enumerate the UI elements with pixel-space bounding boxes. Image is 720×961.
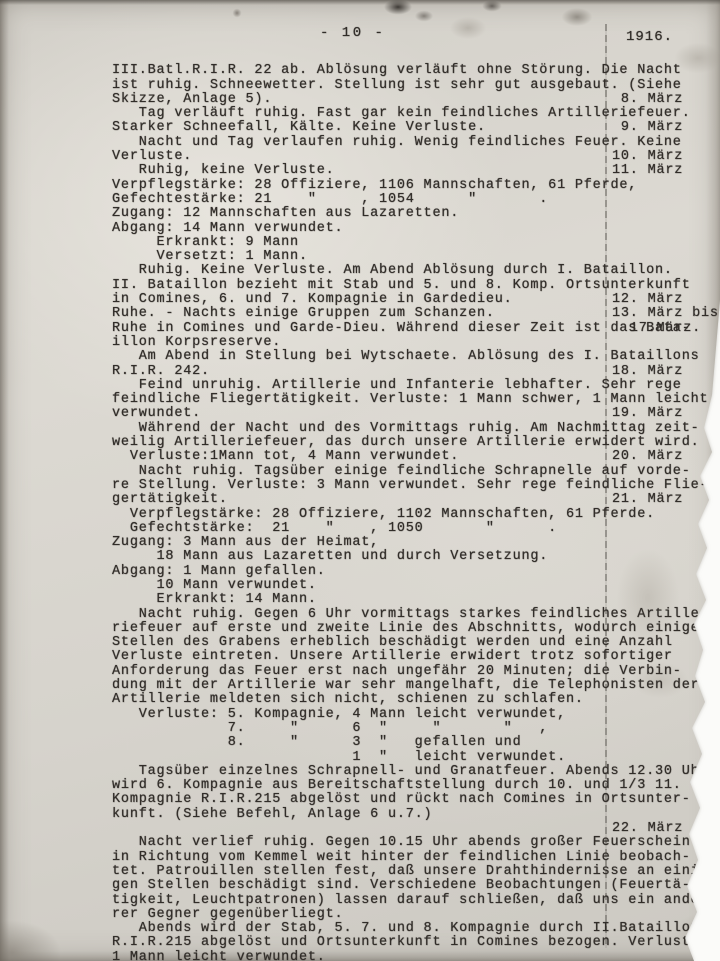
paper-sheet-wrap: - 10 - 1916. III.Batl.R.I.R. 22 ab. Ablö… (0, 0, 720, 961)
diary-line: Ruhe in Comines und Garde-Dieu. Während … (23, 307, 708, 321)
diary-line-text: 1 Mann leicht verwundet. (112, 950, 326, 961)
diary-line: riefeuer auf erste und zweite Linie des … (23, 608, 708, 622)
diary-line: weilig Artilleriefeuer, das durch unsere… (23, 422, 708, 436)
scanned-war-diary-page: - 10 - 1916. III.Batl.R.I.R. 22 ab. Ablö… (0, 0, 720, 961)
margin-date: 11. März (612, 164, 683, 178)
diary-line: Verpflegstärke: 28 Offiziere, 1106 Manns… (23, 164, 708, 178)
diary-line: Gefechtestärke: 21 " , 1054 " . (23, 179, 708, 193)
diary-line: 8. " 3 " gefallen und (23, 722, 708, 736)
diary-line: tigkeit, Leuchtpatronen) lassen darauf s… (23, 879, 708, 893)
diary-line: Am Abend in Stellung bei Wytschaete. Abl… (23, 336, 708, 350)
diary-line: Nacht ruhig. Tagsüber einige feindliche … (23, 450, 708, 464)
margin-date: 19. März (612, 407, 683, 421)
diary-line: Nacht ruhig. Gegen 6 Uhr vormittags star… (23, 593, 708, 607)
diary-line: re Stellung. Verluste: 3 Mann verwundet.… (23, 465, 708, 479)
diary-line: 1 " leicht verwundet. (23, 736, 708, 750)
diary-line: Ruhe. - Nachts einige Gruppen zum Schanz… (23, 293, 708, 307)
diary-line: Während der Nacht und des Vormittags ruh… (23, 407, 708, 421)
diary-line: 1 Mann leicht verwundet. (23, 936, 708, 950)
diary-line: Abgang: 14 Mann verwundet. (23, 207, 708, 221)
diary-line: in Richtung vom Kemmel weit hinter der f… (23, 836, 708, 850)
diary-line: Ruhig, keine Verluste. 10. März (23, 150, 708, 164)
diary-line: Starker Schneefall, Kälte. Keine Verlust… (23, 107, 708, 121)
diary-line: III.Batl.R.I.R. 22 ab. Ablösung verläuft… (23, 50, 708, 64)
diary-line: Feind unruhig. Artillerie und Infanterie… (23, 365, 708, 379)
diary-line: Verluste:1Mann tot, 4 Mann verwundet. (23, 436, 708, 450)
diary-line: Skizze, Anlage 5). (23, 79, 708, 93)
diary-line: ist ruhig. Schneewetter. Stellung ist se… (23, 64, 708, 78)
diary-line: gen Stellen beschädigt sind. Verschieden… (23, 865, 708, 879)
margin-date: 13. März bis (612, 307, 719, 321)
diary-line: verwundet. (23, 393, 708, 407)
diary-line: wird 6. Kompagnie aus Bereitschaftstellu… (23, 765, 708, 779)
diary-line: tet. Patrouillen stellen fest, daß unser… (23, 851, 708, 865)
diary-line: rer Gegner gegenüberliegt. (23, 894, 708, 908)
margin-date: 17.März. (612, 322, 701, 336)
margin-date: 21. März (612, 493, 683, 507)
diary-line: gertätigkeit. (23, 479, 708, 493)
diary-text-block: III.Batl.R.I.R. 22 ab. Ablösung verläuft… (23, 50, 708, 951)
diary-line: Kompagnie R.I.R.215 abgelöst und rückt n… (23, 779, 708, 793)
diary-line: Zugang: 3 Mann aus der Heimat, (23, 522, 708, 536)
margin-date: 22. März (612, 822, 683, 836)
diary-line: feindliche Fliegertätigkeit. Verluste: 1… (23, 379, 708, 393)
diary-line: Erkrankt: 9 Mann (23, 222, 708, 236)
diary-line: Verluste: 5. Kompagnie, 4 Mann leicht ve… (23, 693, 708, 707)
diary-line: 10 Mann verwundet. (23, 565, 708, 579)
page-number: - 10 - (320, 25, 385, 41)
diary-line: 7. " 6 " " " , (23, 708, 708, 722)
margin-date: 9. März (612, 121, 683, 135)
diary-line: illon Korpsreserve. 17.März. (23, 322, 708, 336)
diary-line: Abgang: 1 Mann gefallen. (23, 550, 708, 564)
diary-line (23, 808, 708, 822)
diary-line: 18 Mann aus Lazaretten und durch Versetz… (23, 536, 708, 550)
diary-line: Artillerie meldeten sich nicht, schienen… (23, 679, 708, 693)
diary-line: Tag verläuft ruhig. Fast gar kein feindl… (23, 93, 708, 107)
diary-line: Nacht verlief ruhig. Gegen 10.15 Uhr abe… (23, 822, 708, 836)
diary-line: Stellen des Grabens erheblich beschädigt… (23, 622, 708, 636)
diary-line: Gefechtstärke: 21 " , 1050 " . (23, 508, 708, 522)
margin-date: 8. März (612, 93, 683, 107)
diary-line: Tagsüber einzelnes Schrapnell- und Grana… (23, 751, 708, 765)
diary-line: dung mit der Artillerie war sehr mangelh… (23, 665, 708, 679)
diary-line: Erkrankt: 14 Mann. (23, 579, 708, 593)
margin-date: 20. März (612, 450, 683, 464)
diary-line: Abends wird der Stab, 5. 7. und 8. Kompa… (23, 908, 708, 922)
diary-line: Ruhig. Keine Verluste. Am Abend Ablösung… (23, 250, 708, 264)
diary-line: Zugang: 12 Mannschaften aus Lazaretten. (23, 193, 708, 207)
diary-line: R.I.R. 242. (23, 350, 708, 364)
margin-date: 18. März (612, 365, 683, 379)
diary-line: in Comines, 6. und 7. Kompagnie in Garde… (23, 279, 708, 293)
diary-line: Verluste. (23, 136, 708, 150)
diary-line: Verpflegstärke: 28 Offiziere, 1102 Manns… (23, 493, 708, 507)
year-label: 1916. (626, 29, 673, 45)
diary-line: II. Bataillon bezieht mit Stab und 5. un… (23, 264, 708, 278)
diary-line: R.I.R.215 abgelöst und Ortsunterkunft in… (23, 922, 708, 936)
diary-line: Anforderung das Feuer erst nach ungefähr… (23, 650, 708, 664)
paper-sheet: - 10 - 1916. III.Batl.R.I.R. 22 ab. Ablö… (0, 0, 720, 961)
diary-line: Nacht und Tag verlaufen ruhig. Wenig fei… (23, 121, 708, 135)
diary-line: Verluste eintreten. Unsere Artillerie er… (23, 636, 708, 650)
diary-line: Versetzt: 1 Mann. (23, 236, 708, 250)
diary-line: kunft. (Siehe Befehl, Anlage 6 u.7.) (23, 793, 708, 807)
